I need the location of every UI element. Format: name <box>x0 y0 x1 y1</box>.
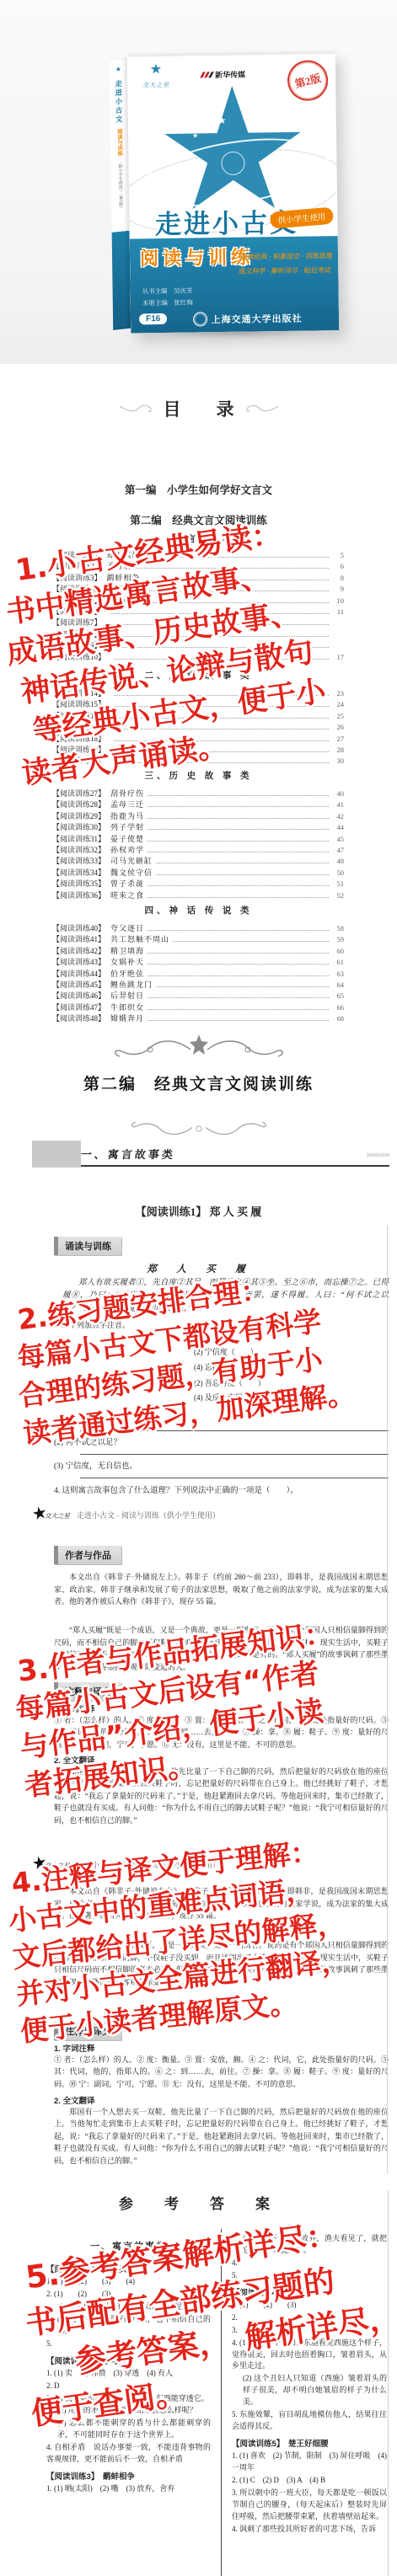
toc-entry-page: 25 <box>332 712 344 720</box>
toc-entry-label: 【阅读训练32】 <box>52 844 105 855</box>
toc-entry-label: 【阅读训练41】 <box>52 933 105 944</box>
toc-entry-page: 68 <box>332 1014 344 1023</box>
toc-entry-label: 【阅读训练30】 <box>52 821 105 832</box>
toc-entry-label: 【阅读训练47】 <box>52 1002 105 1013</box>
toc-entry-label: 【阅读训练34】 <box>52 867 105 878</box>
toc-entry-title: 嫦娥奔月 <box>110 1013 144 1023</box>
toc-entry-title: 嗟来之食 <box>110 890 144 901</box>
toc-entry-title: 指鹿为马 <box>110 810 144 821</box>
toc-leader-dots <box>148 997 329 998</box>
toc-entry-label: 【阅读训练42】 <box>52 945 105 956</box>
toc-entry-page: 9 <box>332 585 344 593</box>
toc-leader-dots <box>148 818 329 819</box>
toc-entry-page: 40 <box>332 789 344 798</box>
book-front-cover: ★ 交大之星 新华传媒 第2版 ★ ★ 走进小古文 供小学生使用 阅读与训练 <box>127 51 340 333</box>
toc-entry-page: 45 <box>332 835 344 843</box>
series-logo-text: 交大之星 <box>142 82 169 88</box>
toc-row: 【阅读训练48】 嫦娥奔月 68 <box>52 1013 344 1023</box>
toc-leader-dots <box>173 941 329 942</box>
toc-row: 【阅读训练36】 嗟来之食 52 <box>52 890 344 901</box>
toc-part-2: 第二编 经典文言文阅读训练 <box>0 512 397 527</box>
toc-entry-page: 59 <box>332 935 344 943</box>
toc-entry-label: 【阅读训练44】 <box>52 968 105 979</box>
running-head: ★ 交大之星 走进小古文 · 阅读与训练（供小学生使用） <box>32 1507 220 1520</box>
toc-entry-title: 夸父逐日 <box>110 922 144 933</box>
toc-entry-label: 【阅读训练28】 <box>52 799 105 810</box>
toc-entry-title: 鲤鱼跳龙门 <box>110 979 153 990</box>
toc-row: 【阅读训练33】 司马光砸缸 48 <box>52 855 344 866</box>
answer-line: 3. 所以朝中的一班大臣，每天都是吃一顿饭以节制自己的腰身，（每天起床后）整装时… <box>232 2488 387 2523</box>
toc-part-1: 第一编 小学生如何学好文言文 <box>0 482 397 497</box>
toc-row: 【阅读训练43】 女娲补天 61 <box>52 956 344 967</box>
toc-entry-page: 8 <box>332 574 344 582</box>
publisher-emblem-icon <box>192 312 207 326</box>
toc-entry-page: 66 <box>332 1003 344 1012</box>
toc-entry-label: 【阅读训练43】 <box>52 956 105 967</box>
toc-entry-page: 41 <box>332 800 344 809</box>
series-logo: ★ 交大之星 <box>142 63 169 91</box>
toc-leader-dots <box>156 986 329 987</box>
toc-list-myths: 【阅读训练40】 夸父逐日 58 【阅读训练41】 共工怒触不周山 59 【阅读… <box>52 922 344 1024</box>
toc-entry-page: 48 <box>332 857 344 865</box>
toc-leader-dots <box>156 874 329 875</box>
toc-entry-page: 23 <box>332 689 344 697</box>
toc-leader-dots <box>148 975 329 976</box>
toc-leader-dots <box>148 1020 329 1021</box>
toc-leader-dots <box>148 841 329 842</box>
toc-row: 【阅读训练41】 共工怒触不周山 59 <box>52 933 344 944</box>
toc-row: 【阅读训练46】 后羿射日 65 <box>52 990 344 1001</box>
toc-leader-dots <box>148 885 329 886</box>
toc-row: 【阅读训练42】 精卫填海 60 <box>52 945 344 956</box>
toc-entry-title: 列子学射 <box>110 821 144 832</box>
toc-leader-dots <box>148 930 329 931</box>
annotation-4: 4.注释与译文便于理解：小古文中的重难点词语，文后都给出了详尽的解释，并对小古文… <box>3 1831 355 2050</box>
translation-heading: 2. 全文翻译 <box>54 2094 95 2106</box>
edition-stamp: 第2版 <box>283 56 333 105</box>
small-star-icon: ★ <box>192 131 198 139</box>
toc-entry-page: 28 <box>332 746 344 754</box>
toc-row: 【阅读训练30】 列子学射 44 <box>52 821 344 832</box>
toc-row: 【阅读训练40】 夸父逐日 58 <box>52 922 344 933</box>
toc-entry-page: 30 <box>332 756 344 765</box>
toc-row: 【阅读训练45】 鲤鱼跳龙门 64 <box>52 979 344 990</box>
toc-leader-dots <box>148 964 329 965</box>
divider-flourish-bottom <box>0 1115 397 1142</box>
tagline-line-2: 选文科学 · 解析详尽 · 贴近考试 <box>238 264 331 279</box>
toc-entry-page: 60 <box>332 947 344 955</box>
spine-title: 走进小古文 <box>114 79 125 125</box>
flourish-left-icon <box>116 403 153 414</box>
toc-entry-page: 64 <box>332 981 344 989</box>
answer-rule-line <box>80 1454 389 1455</box>
star-icon: ★ <box>142 63 169 76</box>
tagline-line-1: 诵读经典 · 积累语言 · 训练思维 <box>239 249 333 265</box>
code-badge: F16 <box>139 313 167 324</box>
toc-entry-page: 44 <box>332 823 344 831</box>
spine-note: （供小学生使用）（第2版） <box>116 159 123 211</box>
answer-line: 4. 讽刺了那些投其所好者的可悲下场，告诉 <box>232 2524 387 2536</box>
toc-entry-title: 孙权劝学 <box>110 844 144 855</box>
editor-line-1: 丛书主编 吴庆芳 <box>142 286 193 298</box>
toc-entry-title: 曾子杀彘 <box>110 878 144 889</box>
author-paragraph-1: 本文出自《韩非子·外储说左上》。韩非子（约前 280～前 233），即韩非，是我… <box>54 1571 389 1608</box>
toc-row: 【阅读训练47】 牛郎织女 66 <box>52 1002 344 1013</box>
toc-entry-page: 17 <box>332 653 344 661</box>
running-head-text: 走进小古文 · 阅读与训练（供小学生使用） <box>77 1510 220 1520</box>
annotation-1: 1.小古文经典易读：书中精选寓言故事、成语故事、历史故事、神话传说、论辩与散句等… <box>0 512 334 795</box>
answers-title: 参 考 答 案 <box>0 2192 397 2213</box>
toc-leader-dots <box>148 852 329 852</box>
answer-line: 1. (1) 晒(太阳) (2) 嘴 (3) 放弃，舍弃 <box>46 2483 211 2495</box>
toc-row: 【阅读训练31】 晏子使楚 45 <box>52 833 344 844</box>
answer-line: 4. 自相矛盾 说话办事要一致，不能违背事物的客观规律，更不能前后不一致，自相矛… <box>46 2442 211 2466</box>
media-logo-text: 新华传媒 <box>215 69 245 81</box>
toc-entry-label: 【阅读训练31】 <box>52 833 105 844</box>
toc-entry-page: 42 <box>332 812 344 820</box>
toc-entry-title: 孟母三迁 <box>110 799 144 810</box>
toc-row: 【阅读训练32】 孙权劝学 47 <box>52 844 344 855</box>
answer-rule-line <box>80 1478 389 1478</box>
publisher-row: 上海交通大学出版社 <box>156 310 339 327</box>
book: ★ 走进小古文 阅读与训练 （供小学生使用）（第2版） ★ 交大之星 新华传媒 … <box>110 51 340 337</box>
page-edge-line <box>387 1226 388 2173</box>
toc-entry-page: 65 <box>332 991 344 1000</box>
publisher-name: 上海交通大学出版社 <box>211 311 302 326</box>
toc-row: 【阅读训练29】 指鹿为马 42 <box>52 810 344 821</box>
notes-text: ① 者：（怎么样）的人。② 度：衡量。③ 置：安放，搁。④ 之：代词，它，此处指… <box>54 2054 389 2090</box>
toc-leader-dots <box>148 795 329 796</box>
spine-subtitle: 阅读与训练 <box>115 128 123 156</box>
toc-entry-title: 刮骨疗伤 <box>110 788 144 799</box>
spine-content: ★ 走进小古文 阅读与训练 （供小学生使用）（第2版） <box>110 57 129 211</box>
toc-leader-dots <box>156 863 329 863</box>
toc-entry-page: 10 <box>332 596 344 605</box>
answer-line: 2. (1) C (2) D (3) A (4) B <box>232 2475 387 2487</box>
book-detail-screenshot: ★ 走进小古文 阅读与训练 （供小学生使用）（第2版） ★ 交大之星 新华传媒 … <box>0 0 397 2576</box>
toc-entry-title: 司马光砸缸 <box>110 855 153 866</box>
cover-bottom-band: 阅读与训练 诵读经典 · 积累语言 · 训练思维 选文科学 · 解析详尽 · 贴… <box>130 236 340 333</box>
toc-entry-page: 61 <box>332 958 344 966</box>
toc-row: 【阅读训练34】 魏文侯守信 50 <box>52 867 344 878</box>
answer-line: 5. 东施效颦，盲目胡乱地模仿他人，结果往往会适得其反。 <box>232 2409 387 2433</box>
xinhua-media-logo: 新华传媒 <box>201 69 245 81</box>
toc-entry-page: 52 <box>332 891 344 900</box>
toc-entry-title: 牛郎织女 <box>110 1002 144 1013</box>
translation-text: 郑国有一个人想去买一双鞋，他先比量了一下自己脚的尺码，然后把量好的尺码放在他的座… <box>54 2106 389 2167</box>
toc-entry-title: 女娲补天 <box>110 956 144 967</box>
toc-entry-title: 共工怒触不周山 <box>110 933 169 944</box>
answer-line: 【阅读训练5】 楚王好细腰 <box>232 2437 387 2449</box>
toc-entry-title: 晏子使楚 <box>110 833 144 844</box>
section-band: 一、寓言故事类 »»»»» <box>81 1146 389 1167</box>
toc-row: 【阅读训练44】 伯牙绝弦 63 <box>52 968 344 979</box>
toc-title: 目 录 <box>164 396 234 421</box>
toc-row: 【阅读训练27】 刮骨疗伤 40 <box>52 788 344 799</box>
flourish-ornament-icon <box>119 1115 279 1142</box>
toc-entry-label: 【阅读训练48】 <box>52 1013 105 1023</box>
toc-leader-dots <box>148 806 329 807</box>
toc-entry-label: 【阅读训练35】 <box>52 878 105 889</box>
toc-leader-dots <box>148 1009 329 1010</box>
section-band-title: 一、寓言故事类 <box>80 1146 176 1162</box>
answer-line: 1. (1) 喜欢 (2) 节制，限制 (3) 屏住呼吸 (4) 一周年 <box>232 2450 387 2474</box>
toc-entry-label: 【阅读训练33】 <box>52 855 105 866</box>
toc-entry-page: 27 <box>332 735 344 743</box>
toc-leader-dots <box>148 953 329 954</box>
divider-flourish-top <box>0 1031 397 1065</box>
part2-title: 第二编 经典文言文阅读训练 <box>0 1072 397 1094</box>
star-icon: ★ <box>115 66 121 73</box>
editor-line-2: 本册主编 张红梅 <box>142 297 193 310</box>
toc-entry-title: 魏文侯守信 <box>110 867 153 878</box>
toc-entry-label: 【阅读训练40】 <box>52 922 105 933</box>
toc-leader-dots <box>148 897 329 898</box>
toc-entry-page: 58 <box>332 924 344 933</box>
toc-title-row: 目 录 <box>0 396 397 421</box>
toc-entry-page: 5 <box>332 551 344 559</box>
cover-photo: ★ 走进小古文 阅读与训练 （供小学生使用）（第2版） ★ 交大之星 新华传媒 … <box>0 0 397 364</box>
editor-credits: 丛书主编 吴庆芳 本册主编 张红梅 <box>142 286 193 310</box>
flourish-ornament-icon <box>106 1031 292 1065</box>
star-icon: ★ <box>31 1505 49 1521</box>
flourish-right-icon <box>244 403 282 414</box>
toc-section-heading: 四、神 话 传 说 类 <box>0 904 397 917</box>
toc-entry-page: 50 <box>332 868 344 877</box>
toc-entry-label: 【阅读训练46】 <box>52 990 105 1001</box>
toc-entry-page: 24 <box>332 700 344 708</box>
author-works-tab: 作者与作品 <box>54 1546 121 1564</box>
toc-entry-page: 26 <box>332 723 344 731</box>
toc-entry-title: 精卫填海 <box>110 945 144 956</box>
toc-entry-title: 后羿射日 <box>110 990 144 1001</box>
toc-row: 【阅读训练35】 曾子杀彘 51 <box>52 878 344 889</box>
xinhua-media-logo-icon <box>200 72 214 77</box>
censored-block <box>32 1141 81 1168</box>
cover-taglines: 诵读经典 · 积累语言 · 训练思维 选文科学 · 解析详尽 · 贴近考试 <box>238 249 334 279</box>
exercise-subquestion: (3) 宁信度，无自信也。 <box>54 1459 137 1471</box>
book-subtitle: 阅读与训练 <box>140 243 254 271</box>
small-star-icon: ★ <box>217 115 227 127</box>
toc-row: 【阅读训练28】 孟母三迁 41 <box>52 799 344 810</box>
answer-line: 【阅读训练3】 鹬蚌相争 <box>46 2470 211 2482</box>
chevron-arrows-icon: »»»»» <box>367 1147 390 1161</box>
toc-list-history: 【阅读训练27】 刮骨疗伤 40 【阅读训练28】 孟母三迁 41 【阅读训练2… <box>52 788 344 901</box>
toc-entry-page: 6 <box>332 562 344 570</box>
toc-entry-page: 47 <box>332 846 344 854</box>
toc-entry-label: 【阅读训练29】 <box>52 810 105 821</box>
toc-entry-page: 51 <box>332 879 344 888</box>
toc-leader-dots <box>148 829 329 830</box>
toc-entry-label: 【阅读训练45】 <box>52 979 105 990</box>
reading-training-tab: 诵读与训练 <box>54 1237 121 1255</box>
toc-entry-label: 【阅读训练36】 <box>52 890 105 901</box>
toc-entry-page: 63 <box>332 970 344 978</box>
exercise-question-4: 4. 这则寓言故事包含了什么道理？下列说法中正确的一项是（ ）。 <box>54 1483 389 1495</box>
toc-entry-page: 11 <box>332 607 344 616</box>
toc-entry-title: 伯牙绝弦 <box>110 968 144 979</box>
